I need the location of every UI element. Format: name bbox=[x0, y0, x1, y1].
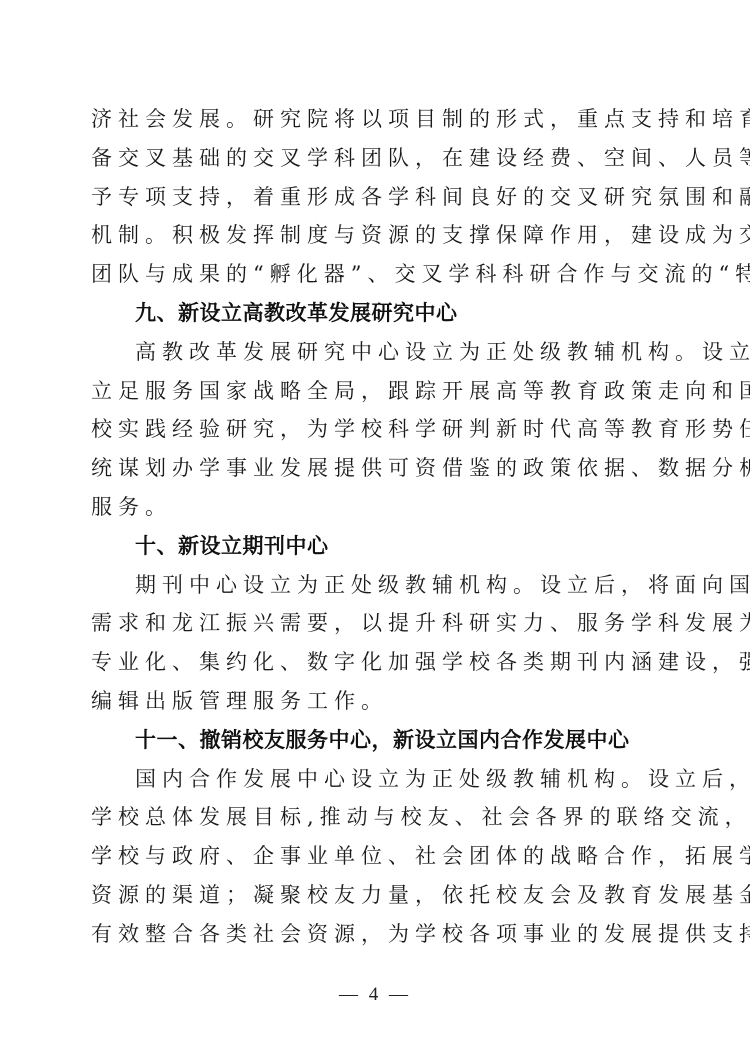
section-heading: 十一、撤销校友服务中心，新设立国内合作发展中心 bbox=[91, 721, 661, 760]
body-text-line: 高教改革发展研究中心设立为正处级教辅机构。设立后，将 bbox=[91, 333, 661, 372]
body-text-line: 予专项支持，着重形成各学科间良好的交叉研究氛围和融合发展 bbox=[91, 178, 661, 217]
body-text-line: 学校与政府、企事业单位、社会团体的战略合作，拓展学校筹措 bbox=[91, 837, 661, 876]
body-text-line: 编辑出版管理服务工作。 bbox=[91, 682, 661, 721]
body-text-line: 立足服务国家战略全局，跟踪开展高等教育政策走向和国内外高 bbox=[91, 372, 661, 411]
body-text-line: 学校总体发展目标,推动与校友、社会各界的联络交流，牵头推进 bbox=[91, 798, 661, 837]
body-text-line: 机制。积极发挥制度与资源的支撑保障作用，建设成为交叉学科 bbox=[91, 216, 661, 255]
section-heading: 十、新设立期刊中心 bbox=[91, 527, 661, 566]
body-text-line: 统谋划办学事业发展提供可资借鉴的政策依据、数据分析等信息 bbox=[91, 449, 661, 488]
body-text-line: 有效整合各类社会资源，为学校各项事业的发展提供支持；加强 bbox=[91, 915, 661, 954]
body-text-line: 济社会发展。研究院将以项目制的形式，重点支持和培育已经具 bbox=[91, 100, 661, 139]
body-text-line: 专业化、集约化、数字化加强学校各类期刊内涵建设，强化期刊 bbox=[91, 643, 661, 682]
body-text-line: 备交叉基础的交叉学科团队，在建设经费、空间、人员等方面给 bbox=[91, 139, 661, 178]
section-heading: 九、新设立高教改革发展研究中心 bbox=[91, 294, 661, 333]
body-text-line: 校实践经验研究，为学校科学研判新时代高等教育形势任务、系 bbox=[91, 410, 661, 449]
body-text-line: 服务。 bbox=[91, 488, 661, 527]
body-text-line: 需求和龙江振兴需要，以提升科研实力、服务学科发展为导向， bbox=[91, 604, 661, 643]
document-page: 济社会发展。研究院将以项目制的形式，重点支持和培育已经具备交叉基础的交叉学科团队… bbox=[91, 100, 661, 954]
body-text-line: 期刊中心设立为正处级教辅机构。设立后，将面向国家战略 bbox=[91, 566, 661, 605]
body-text-line: 国内合作发展中心设立为正处级教辅机构。设立后，将根据 bbox=[91, 760, 661, 799]
body-text-line: 团队与成果的“孵化器”、交叉学科科研合作与交流的“特区”。 bbox=[91, 255, 661, 294]
body-text-line: 资源的渠道；凝聚校友力量，依托校友会及教育发展基金会平台， bbox=[91, 876, 661, 915]
page-number: — 4 — bbox=[0, 984, 750, 1006]
